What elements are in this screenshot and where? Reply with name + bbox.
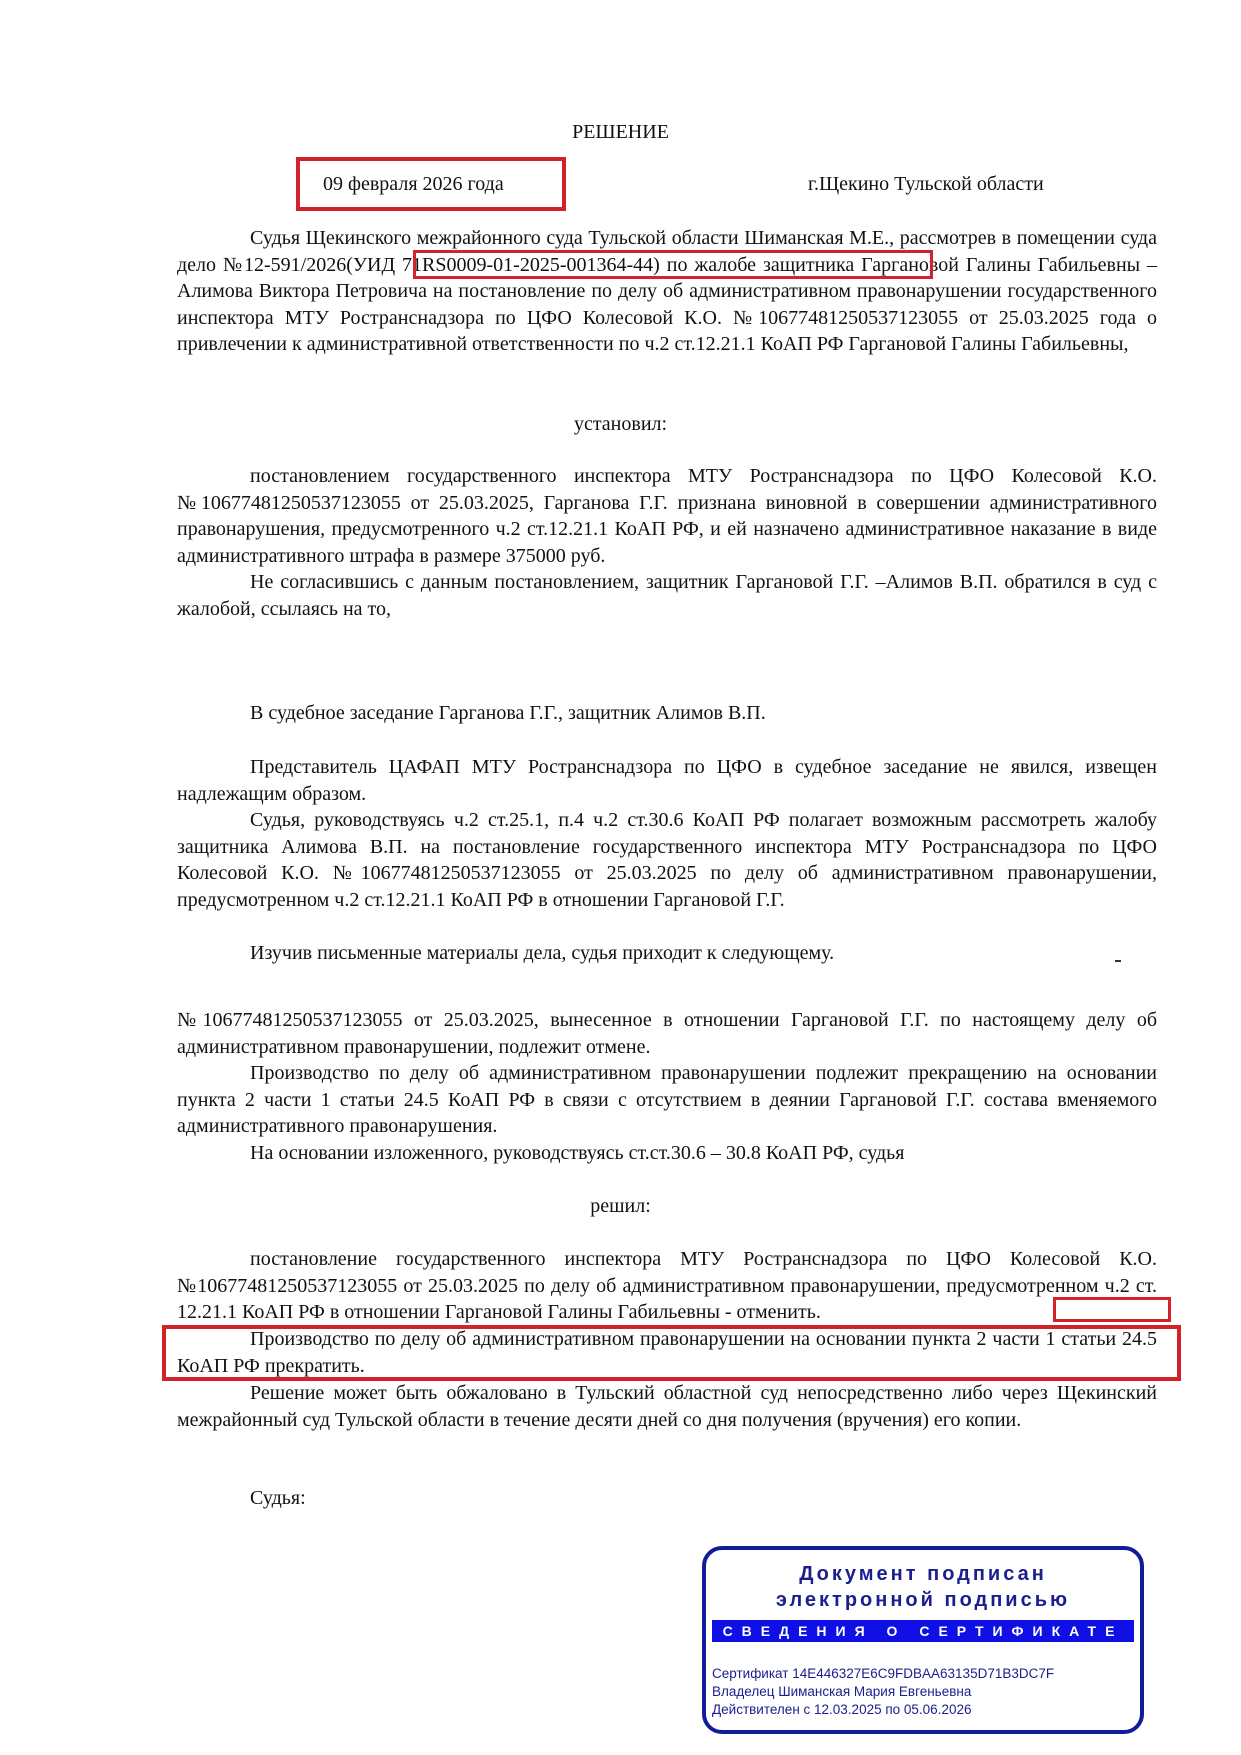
paragraph-text: В судебное заседание Гарганова Г.Г., защ… (250, 702, 766, 724)
paragraph-termination-basis: Производство по делу об административном… (177, 1060, 1157, 1140)
paragraph-consideration: Судья, руководствуясь ч.2 ст.25.1, п.4 ч… (177, 807, 1157, 913)
paragraph-complaint: Не согласившись с данным постановлением,… (177, 569, 1157, 622)
paragraph-grounds: На основании изложенного, руководствуясь… (177, 1140, 1157, 1167)
heading-decided: решил: (0, 1193, 1241, 1220)
stamp-owner: Владелец Шиманская Мария Евгеньевна (712, 1683, 971, 1701)
paragraph-text: Не согласившись с данным постановлением,… (177, 571, 1157, 620)
resolution-annul: постановление государственного инспектор… (177, 1246, 1157, 1326)
intro-paragraph: Судья Щекинского межрайонного суда Тульс… (177, 225, 1157, 358)
paragraph-text: постановлением государственного инспекто… (177, 465, 1157, 567)
paragraph-text: Представитель ЦАФАП МТУ Ространснадзора … (177, 756, 1157, 805)
resolution-appeal: Решение может быть обжаловано в Тульский… (177, 1380, 1157, 1433)
stamp-title-line1: Документ подписан (706, 1562, 1140, 1586)
e-signature-stamp: Документ подписан электронной подписью С… (702, 1546, 1144, 1734)
date-highlight-box (296, 157, 566, 211)
paragraph-text: Производство по делу об административном… (177, 1062, 1157, 1137)
stray-mark (1115, 960, 1121, 962)
paragraph-representative: Представитель ЦАФАП МТУ Ространснадзора … (177, 754, 1157, 807)
paragraph-study: Изучив письменные материалы дела, судья … (177, 940, 1157, 967)
paragraph-text: Изучив письменные материалы дела, судья … (250, 942, 834, 964)
judge-label: Судья: (250, 1485, 306, 1512)
paragraph-text: Судья, руководствуясь ч.2 ст.25.1, п.4 ч… (177, 809, 1157, 911)
paragraph-text: На основании изложенного, руководствуясь… (250, 1142, 905, 1164)
paragraph-ruling-summary: постановлением государственного инспекто… (177, 463, 1157, 569)
decision-place: г.Щекино Тульской области (808, 171, 1044, 198)
termination-highlight-box (162, 1325, 1181, 1381)
case-number-highlight-box (413, 250, 933, 279)
resolution-text: постановление государственного инспектор… (177, 1248, 1157, 1323)
resolution-verdict: отменить. (737, 1301, 821, 1323)
paragraph-hearing: В судебное заседание Гарганова Г.Г., защ… (177, 700, 1157, 727)
paragraph-text: №10677481250537123055 от 25.03.2025, вын… (177, 1009, 1157, 1058)
stamp-validity: Действителен с 12.03.2025 по 05.06.2026 (712, 1701, 971, 1719)
document-page: РЕШЕНИЕ 09 февраля 2026 года г.Щекино Ту… (0, 0, 1241, 1755)
heading-established: установил: (0, 411, 1241, 438)
stamp-title-line2: электронной подписью (706, 1588, 1140, 1612)
paragraph-annulment: №10677481250537123055 от 25.03.2025, вын… (177, 1007, 1157, 1060)
document-title: РЕШЕНИЕ (0, 119, 1241, 146)
stamp-certificate-band: СВЕДЕНИЯ О СЕРТИФИКАТЕ ЭП (712, 1620, 1134, 1642)
verdict-highlight-box (1053, 1297, 1171, 1322)
resolution-text: Решение может быть обжаловано в Тульский… (177, 1382, 1157, 1431)
stamp-certificate: Сертификат 14E446327E6C9FDBAA63135D71B3D… (712, 1665, 1054, 1683)
